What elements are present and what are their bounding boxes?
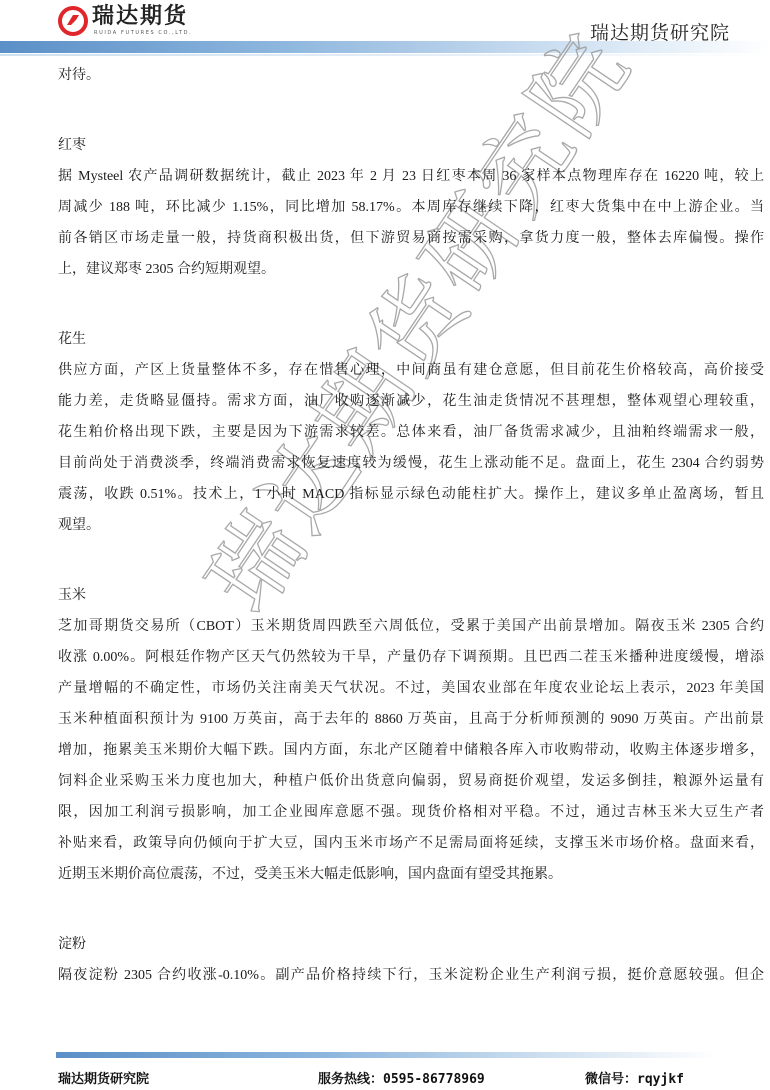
page-header: 瑞达期货 RUIDA FUTURES CO.,LTD. 瑞达期货研究院 <box>0 0 770 60</box>
paragraph-line: 补贴来看，政策导向仍倾向于扩大豆，国内玉米市场产不足需局面将延续，支撑玉米市场价… <box>58 828 764 859</box>
paragraph-line: 饲料企业采购玉米力度也加大，种植户低价出货意向偏弱，贸易商挺价观望，发运多倒挂，… <box>58 766 764 797</box>
paragraph-line: 周减少 188 吨，环比减少 1.15%，同比增加 58.17%。本周库存继续下… <box>58 192 764 223</box>
logo-name-en: RUIDA FUTURES CO.,LTD. <box>94 30 192 37</box>
section-corn: 玉米 芝加哥期货交易所（CBOT）玉米期货周四跌至六周低位，受累于美国产出前景增… <box>58 580 764 890</box>
ruida-logo-icon <box>58 6 88 36</box>
header-gradient-bar <box>0 41 770 53</box>
section-title: 花生 <box>58 324 764 355</box>
paragraph-line: 收涨 0.00%。阿根廷作物产区天气仍然较为干旱，产量仍存下调预期。且巴西二茬玉… <box>58 642 764 673</box>
paragraph-line: 能力差，走货略显僵持。需求方面，油厂收购逐渐减少，花生油走货情况不甚理想，整体观… <box>58 386 764 417</box>
paragraph-line: 据 Mysteel 农产品调研数据统计，截止 2023 年 2 月 23 日红枣… <box>58 161 764 192</box>
wechat-id: rqyjkf <box>637 1072 684 1087</box>
paragraph-line: 震荡，收跌 0.51%。技术上，1 小时 MACD 指标显示绿色动能柱扩大。操作… <box>58 479 764 510</box>
paragraph-line: 近期玉米期价高位震荡，不过，受美玉米大幅走低影响，国内盘面有望受其拖累。 <box>58 859 764 890</box>
wechat-label: 微信号： <box>585 1072 637 1087</box>
paragraph-tail: 对待。 <box>58 60 764 91</box>
paragraph-line: 前各销区市场走量一般，持货商积极出货，但下游贸易商按需采购，拿货力度一般，整体去… <box>58 223 764 254</box>
section-title: 淀粉 <box>58 929 764 960</box>
footer-hotline: 服务热线：0595-86778969 <box>318 1068 485 1087</box>
footer-wechat: 微信号：rqyjkf <box>585 1068 684 1087</box>
paragraph-line: 芝加哥期货交易所（CBOT）玉米期货周四跌至六周低位，受累于美国产出前景增加。隔… <box>58 611 764 642</box>
section-jujube: 红枣 据 Mysteel 农产品调研数据统计，截止 2023 年 2 月 23 … <box>58 130 764 285</box>
report-body: 对待。 红枣 据 Mysteel 农产品调研数据统计，截止 2023 年 2 月… <box>58 60 764 991</box>
paragraph-line: 观望。 <box>58 510 764 541</box>
hotline-label: 服务热线： <box>318 1072 383 1087</box>
section-peanut: 花生 供应方面，产区上货量整体不多，存在惜售心理，中间商虽有建仓意愿，但目前花生… <box>58 324 764 541</box>
paragraph-line: 玉米种植面积预计为 9100 万英亩，高于去年的 8860 万英亩，且高于分析师… <box>58 704 764 735</box>
footer-gradient-bar <box>56 1052 716 1058</box>
section-title: 红枣 <box>58 130 764 161</box>
paragraph-line: 花生粕价格出现下跌，主要是因为下游需求较差。总体来看，油厂备货需求减少，且油粕终… <box>58 417 764 448</box>
company-logo: 瑞达期货 RUIDA FUTURES CO.,LTD. <box>58 4 192 40</box>
paragraph-line: 上，建议郑枣 2305 合约短期观望。 <box>58 254 764 285</box>
hotline-number: 0595-86778969 <box>383 1072 485 1087</box>
section-title: 玉米 <box>58 580 764 611</box>
footer-org: 瑞达期货研究院 <box>58 1068 149 1087</box>
section-starch: 淀粉 隔夜淀粉 2305 合约收涨-0.10%。副产品价格持续下行，玉米淀粉企业… <box>58 929 764 991</box>
paragraph-line: 隔夜淀粉 2305 合约收涨-0.10%。副产品价格持续下行，玉米淀粉企业生产利… <box>58 960 764 991</box>
logo-name-cn: 瑞达期货 <box>92 4 192 30</box>
header-divider <box>0 54 770 56</box>
paragraph-line: 产量增幅的不确定性，市场仍关注南美天气状况。不过，美国农业部在年度农业论坛上表示… <box>58 673 764 704</box>
paragraph-line: 供应方面，产区上货量整体不多，存在惜售心理，中间商虽有建仓意愿，但目前花生价格较… <box>58 355 764 386</box>
paragraph-line: 限，因加工利润亏损影响，加工企业囤库意愿不强。现货价格相对平稳。不过，通过吉林玉… <box>58 797 764 828</box>
paragraph-line: 增加，拖累美玉米期价大幅下跌。国内方面，东北产区随着中储粮各库入市收购带动，收购… <box>58 735 764 766</box>
paragraph-line: 目前尚处于消费淡季，终端消费需求恢复速度较为缓慢，花生上涨动能不足。盘面上，花生… <box>58 448 764 479</box>
